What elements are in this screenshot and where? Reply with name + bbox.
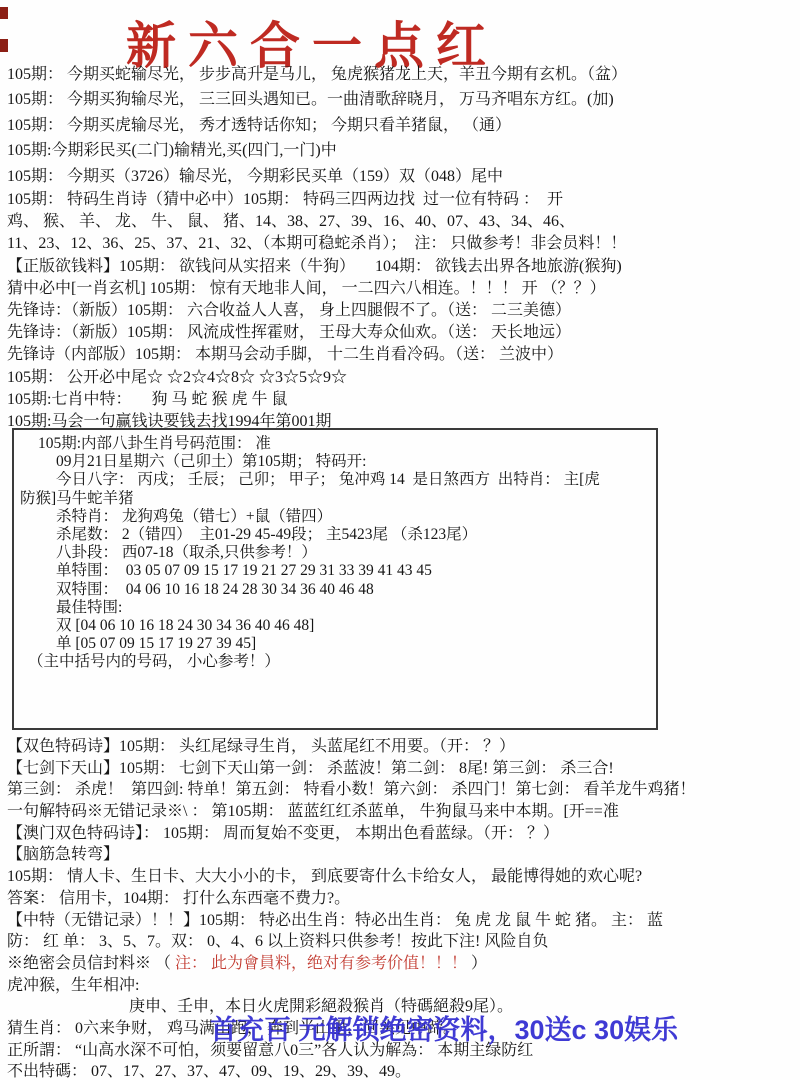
text-line: 105期： 特码生肖诗（猜中必中）105期： 特码三四两边找 过一位有特码 ： … [7,189,793,211]
text-line: （主中括号内的号码， 小心参考！） [20,653,650,671]
text-line: 最佳特围: [20,599,650,617]
text-segment: 105期： 情人卡、生日卡、大大小小的卡， 到底要寄什么卡给女人， 最能博得她的… [7,868,642,885]
left-edge-artifact [0,39,8,52]
text-line: 双 [04 06 10 16 18 24 30 34 36 40 46 48] [20,617,650,635]
text-segment: 11、23、12、36、25、37、21、32、（本期可稳蛇杀肖）； 注： 只做… [7,235,626,252]
text-line: 单特围： 03 05 07 09 15 17 19 21 27 29 31 33… [20,562,650,580]
intro-section: 105期： 今期买蛇输尽光， 步步高升是马儿， 兔虎猴猪龙上天，羊丑今期有玄机。… [0,62,800,189]
text-segment: 答案： 信用卡，104期： 打什么东西毫不费力?。 [7,890,350,907]
text-segment: ） [467,955,487,972]
promo-watermark: 首充百 元解锁绝密资料，30送c 30娱乐 [210,1008,678,1047]
text-line: 鸡、 猴、 羊、 龙、 牛、 鼠、 猪、14、38、27、39、16、40、07… [7,211,793,233]
text-line: 105期:今期彩民买(二门)输精光,买(四门,一门)中 [7,138,793,163]
text-line: 第三剑： 杀虎！ 第四剑: 特单！第五剑： 特看小数！第六剑： 杀四门！第七剑：… [7,779,793,801]
text-line: 双特围： 04 06 10 16 18 24 28 30 34 36 40 46… [20,581,650,599]
text-line: 今日八字： 丙戌； 壬辰； 己卯； 甲子； 兔冲鸡 14 是日煞西方 出特肖： … [20,471,650,489]
text-segment: 105期： 特码生肖诗（猜中必中）105期： 特码三四两边找 过一位有特码 ： … [7,191,563,208]
text-line: 【中特（无错记录）！！】105期： 特必出生肖：特必出生肖： 兔 虎 龙 鼠 牛… [7,910,793,932]
text-segment: 【澳门双色特码诗】： 105期： 周而复始不变更， 本期出色看蓝绿。（开： ？） [7,825,559,842]
text-line: 八卦段： 西07-18（取杀,只供参考！） [20,544,650,562]
text-segment: 单 [05 07 09 15 17 19 27 39 45] [56,635,256,652]
text-line: 防猴]马牛蛇羊猪 [20,490,650,508]
text-segment: 【七剑下天山】105期： 七剑下天山第一剑： 杀蓝波！第二剑： 8尾! 第三剑：… [7,760,614,777]
text-line: 105期： 情人卡、生日卡、大大小小的卡， 到底要寄什么卡给女人， 最能博得她的… [7,866,793,888]
text-segment: 105期:内部八卦生肖号码范围： 准 [38,435,271,452]
text-segment: 杀特肖： 龙狗鸡兔（错七）+鼠（错四） [56,508,332,525]
text-segment: 【双色特码诗】105期： 头红尾绿寻生肖， 头蓝尾红不用要。（开： ？） [7,738,515,755]
predictions-section: 105期： 特码生肖诗（猜中必中）105期： 特码三四两边找 过一位有特码 ： … [0,189,800,433]
text-line: 105期:内部八卦生肖号码范围： 准 [20,435,650,453]
text-line: 防： 红 单： 3、5、7。双： 0、4、6 以上资料只供参考！按此下注! 风险… [7,931,793,953]
text-line: 虎冲猴，生年相冲: [7,975,793,997]
text-segment: （主中括号内的号码， 小心参考！） [28,653,280,670]
text-segment: 105期： 公开必中尾☆ ☆2☆4☆8☆ ☆3☆5☆9☆ [7,369,347,386]
text-line: 【脑筋急转弯】 [7,844,793,866]
text-segment: 双特围： 04 06 10 16 18 24 28 30 34 36 40 46… [56,581,374,598]
text-segment: 八卦段： 西07-18（取杀,只供参考！） [56,544,317,561]
text-line: 先锋诗（内部版）105期： 本期马会动手脚， 十二生肖看冷码。（送： 兰波中） [7,344,793,366]
text-line: 猜中必中[一肖玄机] 105期： 惊有天地非人间， 一二四六八相连。！！！ 开 … [7,278,793,300]
highlighted-text: 注： 此为會員料，绝对有参考价值！！！ [175,955,467,972]
text-line: ※绝密会员信封料※ （ 注： 此为會員料，绝对有参考价值！！！ ） [7,953,793,975]
text-segment: 单特围： 03 05 07 09 15 17 19 21 27 29 31 33… [56,562,432,579]
text-segment: 不出特碼： 07、17、27、37、47、09、19、29、39、49。 [7,1063,411,1080]
text-segment: 防猴]马牛蛇羊猪 [20,490,134,507]
text-segment: 【正版欲钱料】105期： 欲钱问从实招来（牛狗） 104期： 欲钱去出界各地旅游… [7,258,622,275]
text-line: 105期： 今期买（3726）输尽光， 今期彩民买单（159）双（048）尾中 [7,164,793,189]
text-segment: 鸡、 猴、 羊、 龙、 牛、 鼠、 猪、14、38、27、39、16、40、07… [7,213,575,230]
text-line: 【正版欲钱料】105期： 欲钱问从实招来（牛狗） 104期： 欲钱去出界各地旅游… [7,256,793,278]
text-segment: 105期： 今期买狗输尽光， 三三回头遇知已。一曲清歌辞晓月， 万马齐唱东方红。… [7,91,614,108]
text-line: 105期： 今期买虎输尽光， 秀才透特话你知； 今期只看羊猪鼠， （通） [7,113,793,138]
text-segment: 防： 红 单： 3、5、7。双： 0、4、6 以上资料只供参考！按此下注! 风险… [7,933,548,950]
text-line: 105期： 今期买蛇输尽光， 步步高升是马儿， 兔虎猴猪龙上天，羊丑今期有玄机。… [7,62,793,87]
text-segment: 105期： 今期买（3726）输尽光， 今期彩民买单（159）双（048）尾中 [7,168,503,185]
text-segment: 杀尾数： 2（错四） 主01-29 45-49段； 主5423尾 （杀123尾） [56,526,477,543]
text-segment: 105期:今期彩民买(二门)输精光,买(四门,一门)中 [7,142,337,159]
text-line: 先锋诗：（新版）105期： 六合收益人人喜， 身上四腿假不了。（送： 二三美德） [7,300,793,322]
text-segment: 先锋诗：（新版）105期： 风流成性挥霍财， 王母大寿众仙欢。（送： 天长地远） [7,324,571,341]
text-segment: 105期： 今期买蛇输尽光， 步步高升是马儿， 兔虎猴猪龙上天，羊丑今期有玄机。… [7,66,627,83]
text-segment: 最佳特围: [56,599,122,616]
text-line: 杀尾数： 2（错四） 主01-29 45-49段； 主5423尾 （杀123尾） [20,526,650,544]
text-line: 11、23、12、36、25、37、21、32、（本期可稳蛇杀肖）； 注： 只做… [7,233,793,255]
left-edge-artifact [0,7,8,19]
text-line: 【双色特码诗】105期： 头红尾绿寻生肖， 头蓝尾红不用要。（开： ？） [7,736,793,758]
text-segment: 一句解特码※无错记录※\ ： 第105期： 蓝蓝红红杀蓝单， 牛狗鼠马来中本期。… [7,803,619,820]
text-line: 105期： 今期买狗输尽光， 三三回头遇知已。一曲清歌辞晓月， 万马齐唱东方红。… [7,87,793,112]
text-line: 105期： 公开必中尾☆ ☆2☆4☆8☆ ☆3☆5☆9☆ [7,367,793,389]
text-segment: 虎冲猴，生年相冲: [7,977,139,994]
text-line: 一句解特码※无错记录※\ ： 第105期： 蓝蓝红红杀蓝单， 牛狗鼠马来中本期。… [7,801,793,823]
text-line: 杀特肖： 龙狗鸡兔（错七）+鼠（错四） [20,508,650,526]
text-segment: 猜中必中[一肖玄机] 105期： 惊有天地非人间， 一二四六八相连。！！！ 开 … [7,280,606,297]
text-line: 先锋诗：（新版）105期： 风流成性挥霍财， 王母大寿众仙欢。（送： 天长地远） [7,322,793,344]
text-segment: 第三剑： 杀虎！ 第四剑: 特单！第五剑： 特看小数！第六剑： 杀四门！第七剑：… [7,781,695,798]
text-segment: 先锋诗：（新版）105期： 六合收益人人喜， 身上四腿假不了。（送： 二三美德） [7,302,571,319]
text-line: 答案： 信用卡，104期： 打什么东西毫不费力?。 [7,888,793,910]
text-segment: ※绝密会员信封料※ （ [7,955,175,972]
lottery-tip-sheet: 新六合一点红 105期： 今期买蛇输尽光， 步步高升是马儿， 兔虎猴猪龙上天，羊… [0,0,800,1080]
bagua-info-box: 105期:内部八卦生肖号码范围： 准09月21日星期六（己卯土）第105期； 特… [12,428,658,730]
text-segment: 105期:七肖中特： 狗 马 蛇 猴 虎 牛 鼠 [7,391,287,408]
text-segment: 【脑筋急转弯】 [7,846,119,863]
text-segment: 09月21日星期六（己卯土）第105期； 特码开: [56,453,366,470]
text-segment: 先锋诗（内部版）105期： 本期马会动手脚， 十二生肖看冷码。（送： 兰波中） [7,346,563,363]
text-segment: 【中特（无错记录）！！】105期： 特必出生肖：特必出生肖： 兔 虎 龙 鼠 牛… [7,912,663,929]
text-line: 单 [05 07 09 15 17 19 27 39 45] [20,635,650,653]
text-segment: 105期： 今期买虎输尽光， 秀才透特话你知； 今期只看羊猪鼠， （通） [7,117,511,134]
text-line: 09月21日星期六（己卯土）第105期； 特码开: [20,453,650,471]
text-line: 【澳门双色特码诗】： 105期： 周而复始不变更， 本期出色看蓝绿。（开： ？） [7,823,793,845]
text-line: 【七剑下天山】105期： 七剑下天山第一剑： 杀蓝波！第二剑： 8尾! 第三剑：… [7,758,793,780]
text-line: 不出特碼： 07、17、27、37、47、09、19、29、39、49。 [7,1061,793,1080]
text-line: 105期:七肖中特： 狗 马 蛇 猴 虎 牛 鼠 [7,389,793,411]
text-segment: 今日八字： 丙戌； 壬辰； 己卯； 甲子； 兔冲鸡 14 是日煞西方 出特肖： … [56,471,600,488]
text-segment: 双 [04 06 10 16 18 24 30 34 36 40 46 48] [56,617,314,634]
